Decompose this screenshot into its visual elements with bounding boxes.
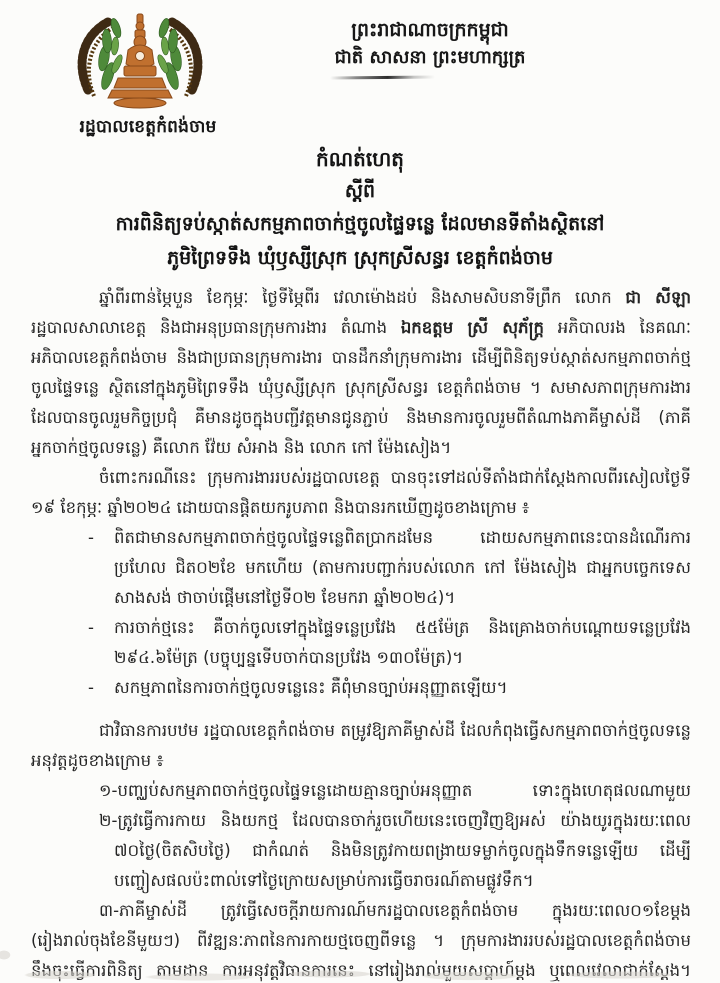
subject-title-line1: ការពិនិត្យទប់ស្កាត់សកម្មភាពចាក់ថ្មចូលផ្ទ… <box>0 209 720 240</box>
paragraph1-line1-text: ឆ្នាំពីរពាន់ម្ភៃបួន ខែកុម្ភៈ ថ្ងៃទីម្ភៃព… <box>99 288 625 307</box>
body-line: ៧០ថ្ងៃ(ចិតសិបថ្ងៃ) ជាកំណត់ និងមិនត្រូវកា… <box>31 836 691 866</box>
document-type-title: កំណត់ហេតុ <box>0 144 720 174</box>
body-line: ២៩៤.៦ម៉ែត្រ (បច្ចុប្បន្នទើបចាក់បានប្រវែង… <box>31 643 691 673</box>
provincial-seal-icon <box>74 12 206 118</box>
scanned-document-page: រដ្ឋបាលខេត្តកំពង់ចាម ព្រះរាជាណាចក្រកម្ពុ… <box>0 0 720 983</box>
finding-item-3: -សកម្មភាពនៃការចាក់ថ្មចូលទន្លេនេះ គឺពុំមា… <box>31 673 691 703</box>
title-block: កំណត់ហេតុ ស្តីពី ការពិនិត្យទប់ស្កាត់សកម្… <box>0 144 720 274</box>
finding-item-2: -ការចាក់ថ្មនេះ គឺចាក់ចូលទៅក្នុងផ្ទៃទន្លេ… <box>31 613 691 643</box>
scan-smudge <box>0 948 14 962</box>
paragraph1-line2-text: រដ្ឋបាលសាលាខេត្ត និងជាអនុប្រធានក្រុមការង… <box>31 318 401 337</box>
national-header: ព្រះរាជាណាចក្រកម្ពុជា ជាតិ សាសនា ព្រះមហា… <box>240 16 620 72</box>
body-line: អនុវត្តដូចខាងក្រោម ៖ <box>31 746 691 776</box>
subject-title-line2: ភូមិព្រៃទទឹង ឃុំឫស្សីស្រុក ស្រុកស្រីសន្ធ… <box>0 243 720 274</box>
issuing-authority-label: រដ្ឋបាលខេត្តកំពង់ចាម <box>48 116 248 141</box>
body-line: សាងសង់ ថាចាប់ផ្តើមនៅថ្ងៃទី០២ ខែមករា ឆ្នា… <box>31 583 691 613</box>
body-line: ជាវិធានការបឋម រដ្ឋបាលខេត្តកំពង់ចាម តម្រូ… <box>31 716 691 746</box>
body-line: អ្នកចាក់ថ្មចូលទន្លេ) គឺលោក វ៉ែយ សំអាង និ… <box>31 433 691 463</box>
motto-divider <box>330 75 435 79</box>
bullet-dash: - <box>88 673 94 703</box>
kingdom-name: ព្រះរាជាណាចក្រកម្ពុជា <box>240 16 620 44</box>
body-line: អភិបាលខេត្តកំពង់ចាម និងជាប្រធានក្រុមការង… <box>31 343 691 373</box>
scan-noise-band <box>0 963 720 983</box>
measure-item-1: ១-បញ្ឈប់សកម្មភាពចាក់ថ្មចូលផ្ទៃទន្លេដោយគ្… <box>31 776 691 806</box>
body-line: ដែលបានចូលរួមកិច្ចប្រជុំ គឺមានដូចក្នុងបញ្… <box>31 403 691 433</box>
person-name-srey-sopheaktra: ឯកឧត្តម ស្រី សុភ័ក្ត្រ <box>401 318 544 337</box>
body-line: រដ្ឋបាលសាលាខេត្ត និងជាអនុប្រធានក្រុមការង… <box>31 313 691 343</box>
finding-1-line-1: ពិតជាមានសកម្មភាពចាក់ថ្មចូលផ្ទៃទន្លេពិតប្… <box>114 528 691 547</box>
paragraph1-line2-tail: អភិបាលរង នៃគណៈ <box>544 318 691 337</box>
body-line: ឆ្នាំពីរពាន់ម្ភៃបួន ខែកុម្ភៈ ថ្ងៃទីម្ភៃព… <box>31 283 691 313</box>
measure-item-3: ៣-ភាគីម្ចាស់ដី ត្រូវធ្វើសេចក្តីរាយការណ៍ម… <box>31 896 691 926</box>
body-line: ចូលផ្ទៃទន្លេ ស្ថិតនៅក្នុងភូមិព្រៃទទឹង ឃុ… <box>31 373 691 403</box>
body-line: ចំពោះករណីនេះ ក្រុមការងាររបស់រដ្ឋបាលខេត្ត… <box>31 463 691 493</box>
finding-3-line-1: សកម្មភាពនៃការចាក់ថ្មចូលទន្លេនេះ គឺពុំមាន… <box>114 678 508 697</box>
national-motto: ជាតិ សាសនា ព្រះមហាក្សត្រ <box>240 44 620 72</box>
finding-2-line-1: ការចាក់ថ្មនេះ គឺចាក់ចូលទៅក្នុងផ្ទៃទន្លេប… <box>114 618 691 637</box>
bullet-dash: - <box>88 613 94 643</box>
body-line: ១៩ ខែកុម្ភៈ ឆ្នាំ២០២៤ ដោយបានផ្តិតយករូបភា… <box>31 493 691 523</box>
body-line: (រៀងរាល់ចុងខែនីមួយៗ) ពីវឌ្ឍនៈភាពនៃការកាយ… <box>31 926 691 956</box>
person-name-chea-seila: ជា សីឡា <box>625 288 691 307</box>
regarding-label: ស្តីពី <box>0 176 720 206</box>
document-body: ឆ្នាំពីរពាន់ម្ភៃបួន ខែកុម្ភៈ ថ្ងៃទីម្ភៃព… <box>31 283 691 983</box>
bullet-dash: - <box>88 523 94 553</box>
body-line: បញ្ចៀសផលប៉ះពាល់ទៅថ្ងៃក្រោយសម្រាប់ការធ្វើ… <box>31 866 691 896</box>
body-line: ប្រហែល ជិត០២ខែ មកហើយ (តាមការបញ្ជាក់របស់ល… <box>31 553 691 583</box>
measure-item-2: ២-ត្រូវធ្វើការកាយ និងយកថ្ម ដែលបានចាក់រួច… <box>31 806 691 836</box>
finding-item-1: -ពិតជាមានសកម្មភាពចាក់ថ្មចូលផ្ទៃទន្លេពិតប… <box>31 523 691 553</box>
